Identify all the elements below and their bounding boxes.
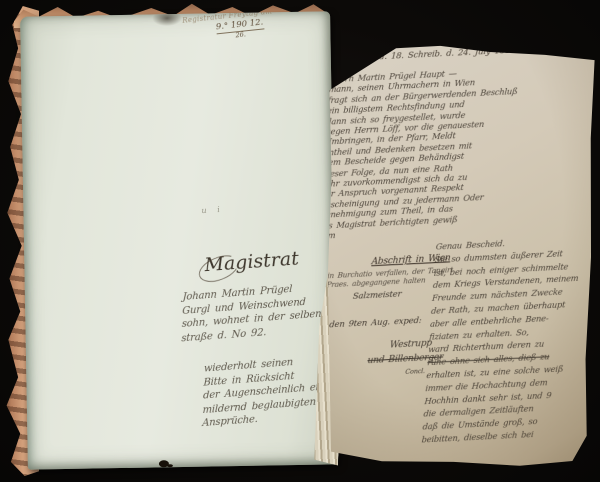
paper-vignette bbox=[316, 39, 600, 470]
petitioner-paragraph: Johann Martin PrügelGurgl und Weinschwen… bbox=[181, 281, 322, 346]
ink-blot bbox=[159, 460, 169, 467]
margin-mark: u i bbox=[201, 205, 224, 216]
page-fold-shadow bbox=[152, 11, 182, 26]
photograph-of-archival-documents: Registratur Freytag am 9.° 190 12. 26. u… bbox=[0, 0, 600, 482]
magistrat-heading: Magistrat bbox=[204, 247, 300, 276]
petition-paragraph: wiederholt seinenBitte in Rücksichtder A… bbox=[202, 354, 326, 431]
archival-number: 9.° 190 12. 26. bbox=[215, 17, 264, 41]
loose-manuscript-sheet: praes. d. 18. Schreib. d. 24. July 1800.… bbox=[316, 39, 600, 470]
left-cover-page: Registratur Freytag am 9.° 190 12. 26. u… bbox=[20, 11, 338, 469]
